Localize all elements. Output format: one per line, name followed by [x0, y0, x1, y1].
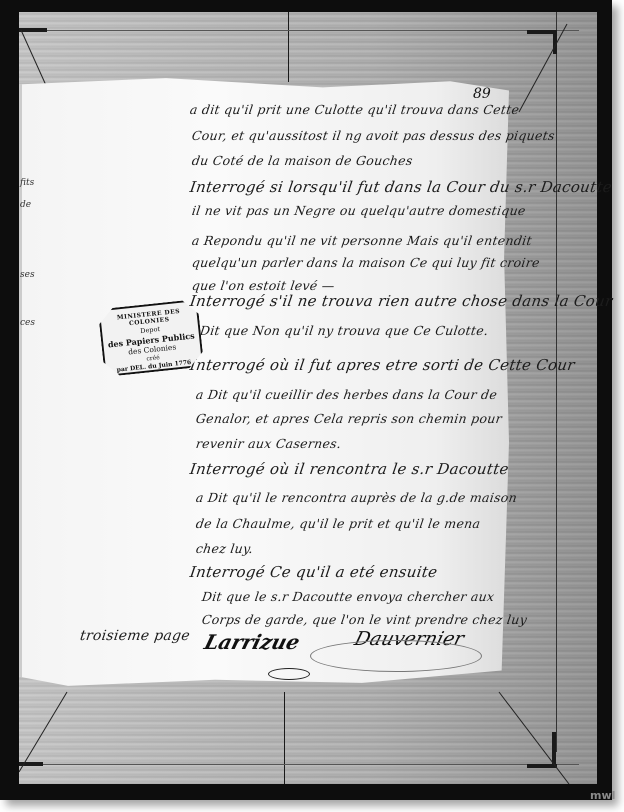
manuscript-line: chez luy.: [195, 541, 254, 556]
manuscript-line: il ne vit pas un Negre ou quelqu'autre d…: [191, 203, 527, 218]
page-number: 89: [473, 86, 491, 102]
signature-1: Larrizue: [202, 630, 303, 654]
manuscript-line: a Repondu qu'il ne vit personne Mais qu'…: [191, 233, 533, 248]
scan-frame: 89 fits de ses ces a dit qu'il prit une …: [0, 0, 612, 800]
margin-fragment: ces: [20, 318, 35, 328]
manuscript-line: que l'on estoit levé —: [191, 278, 336, 293]
manuscript-line: a Dit qu'il cueillir des herbes dans la …: [195, 387, 498, 402]
manuscript-line: Genalor, et apres Cela repris son chemin…: [195, 411, 503, 426]
manuscript-line-interrogation: Interrogé s'il ne trouva rien autre chos…: [189, 292, 614, 310]
margin-fragment: fits: [20, 178, 34, 188]
archive-stamp: MINISTERE DES COLONIES Depot des Papiers…: [98, 299, 205, 377]
manuscript-line: de la Chaulme, qu'il le prit et qu'il le…: [195, 516, 481, 531]
margin-fragment: ses: [20, 270, 35, 280]
signature-flourish: [268, 668, 310, 680]
paper-edge: [19, 72, 22, 689]
footer-note: troisieme page: [79, 628, 191, 644]
manuscript-line-interrogation: Interrogé Ce qu'il a eté ensuite: [189, 563, 439, 581]
manuscript-line: a dit qu'il prit une Culotte qu'il trouv…: [189, 102, 520, 117]
manuscript-line: a Dit qu'il le rencontra auprès de la g.…: [195, 490, 518, 505]
manuscript-line: Cour, et qu'aussitost il ng avoit pas de…: [191, 128, 556, 143]
manuscript-line: Dit que Non qu'il ny trouva que Ce Culot…: [199, 323, 489, 338]
margin-fragment: de: [20, 200, 31, 210]
signature-flourish-2: [310, 640, 482, 672]
watermark: mwl: [590, 789, 615, 802]
manuscript-line-interrogation: Interrogé si lorsqu'il fut dans la Cour …: [189, 178, 614, 196]
manuscript-line: Dit que le s.r Dacoutte envoya chercher …: [201, 589, 496, 604]
manuscript-line: revenir aux Casernes.: [195, 436, 342, 451]
manuscript-line: Corps de garde, que l'on le vint prendre…: [201, 612, 528, 627]
manuscript-line: du Coté de la maison de Gouches: [191, 153, 414, 168]
manuscript-line: quelqu'un parler dans la maison Ce qui l…: [191, 255, 541, 270]
manuscript-line-interrogation: Interrogé où il fut apres etre sorti de …: [189, 356, 576, 374]
manuscript-line-interrogation: Interrogé où il rencontra le s.r Dacoutt…: [189, 460, 510, 478]
